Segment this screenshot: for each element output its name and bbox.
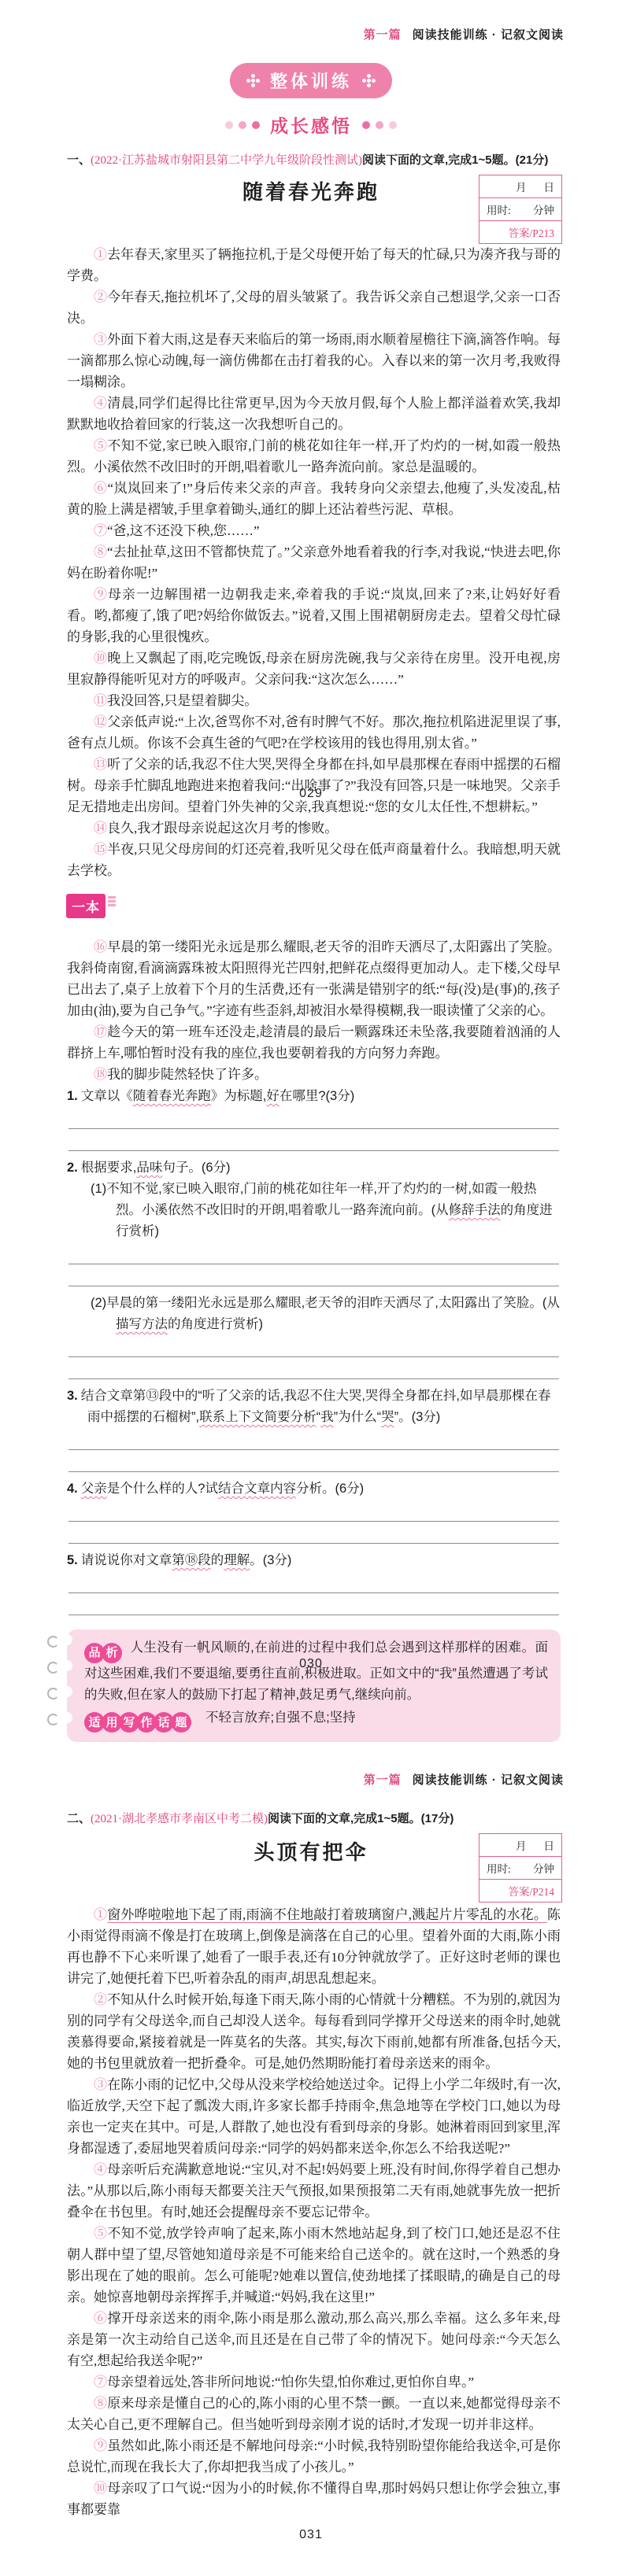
question-text-emphasis: 随着春光奔跑 [133,1089,211,1103]
answer-line [68,1450,559,1472]
paragraph-text: 父亲低声说:“上次,爸骂你不对,爸有时脾气不好。那次,拖拉机陷进泥里误了事,爸有… [67,714,561,751]
answer-line [68,1264,559,1286]
question-text: 文章以《 [81,1089,133,1103]
question-text-emphasis: 品味 [136,1161,162,1175]
question-text: 》为标题, [211,1089,267,1103]
brand-logo-text: 一本 [66,894,106,918]
paragraph-text: 半夜,只见父母房间的灯还亮着,我听见父母在低声商量着什么。我暗想,明天就去学校。 [67,842,561,878]
question-2-sub-2: (2)早晨的第一缕阳光永远是那么耀眼,老天爷的泪昨天洒尽了,太阳露出了笑脸。(从… [67,1293,561,1335]
paragraph-number: ⑧ [94,544,107,559]
question-text-emphasis: 描写方法 [116,1317,168,1331]
paragraph-number: ⑱ [94,1067,107,1082]
paragraph: ⑭良久,我才跟母亲说起这次月考的惨败。 [67,817,561,839]
binder-ring-icon [47,1714,59,1725]
paragraph: ②今年春天,拖拉机坏了,父母的眉头皱紧了。我告诉父亲自己想退学,父亲一口否决。 [67,286,561,329]
underlined-sentence: 窗外哗啦啦地下起了雨,雨滴不住地敲打着玻璃窗户,溅起片片零乱的水花。 [107,1907,547,1922]
paragraph-number: ⑩ [94,2481,107,2496]
paragraph-number: ⑤ [94,2226,107,2241]
paragraph: ⑩母亲叹了口气说:“因为小的时候,你不懂得自卑,那时妈妈只想让你学会独立,事事都… [67,2478,561,2520]
paragraph-number: ② [94,290,107,304]
paragraph-number: ⑧ [94,2396,107,2411]
exercise1-intro: 一、(2022·江苏盐城市射阳县第二中学九年级阶段性测试)阅读下面的文章,完成1… [67,151,563,168]
article1-body: ①去年春天,家里买了辆拖拉机,于是父母便开始了每天的忙碌,只为凑齐我与哥的学费。… [67,244,561,881]
time-row: 用时: 分钟 [479,197,561,220]
paragraph-text: 母亲叹了口气说:“因为小的时候,你不懂得自卑,那时妈妈只想让你学会独立,事事都要… [67,2481,561,2517]
paragraph-number: ⑭ [94,821,107,836]
paragraph: ⑥“岚岚回来了!”身后传来父亲的声音。我转身向父亲望去,他瘦了,头发凌乱,枯黄的… [67,478,561,520]
running-head-part: 第一篇 [364,1773,402,1787]
workbook-page: 第一篇阅读技能训练 · 记叙文阅读 整体训练 成长感悟 一、(2022·江苏盐城… [0,0,622,2576]
paragraph: ⑪我没回答,只是望着脚尖。 [67,690,561,711]
question-3: 3.结合文章第⑬段中的“听了父亲的话,我忍不住大哭,哭得全身都在抖,如早晨那棵在… [67,1386,561,1428]
paragraph-number: ⑦ [94,523,107,538]
paragraph: ①窗外哗啦啦地下起了雨,雨滴不住地敲打着玻璃窗户,溅起片片零乱的水花。陈小雨觉得… [67,1904,561,1989]
question-2-sub-1: (1)不知不觉,家已映入眼帘,门前的桃花如往年一样,开了灼灼的一树,如霞一般热烈… [67,1179,561,1242]
binder-ring-icon [47,1688,59,1699]
question-text-emphasis: 结合文章内容 [218,1482,296,1496]
day-label: 日 [544,1837,555,1853]
question-5: 5.请说说你对文章第⑱段的理解。(3分) [67,1550,561,1571]
question-text: 的 [211,1553,224,1567]
clover-icon [247,75,259,87]
paragraph-number: ⑯ [94,939,107,954]
paragraph: ⑤不知不觉,放学铃声响了起来,陈小雨木然地站起身,到了校门口,她还是忍不住朝人群… [67,2223,561,2308]
paragraph-text: 虽然如此,陈小雨还是不解地问母亲:“小时候,我特别盼望你能给我送伞,可是你总说忙… [67,2438,561,2475]
exercise-number: 一、 [67,153,91,167]
answer-ref: 答案/P214 [508,1883,554,1899]
paragraph-number: ② [94,1992,107,2007]
month-label: 月 [516,1837,527,1853]
day-label: 日 [544,179,555,194]
paragraph-text: 清晨,同学们起得比往常更早,因为今天放月假,每个人脸上都洋溢着欢笑,我却默默地收… [67,396,561,432]
minutes-label: 分钟 [533,1860,554,1876]
paragraph-number: ① [94,1907,107,1922]
question-text-emphasis: 我 [320,1410,334,1424]
paragraph-text: 晚上又飘起了雨,吃完晚饭,母亲在厨房洗碗,我与父亲待在房里。没开电视,房里寂静得… [67,651,561,687]
paragraph-text: 去年春天,家里买了辆拖拉机,于是父母便开始了每天的忙碌,只为凑齐我与哥的学费。 [67,247,561,283]
paragraph: ⑦母亲望着远处,答非所问地说:“怕你失望,怕你难过,更怕你自卑。” [67,2371,561,2393]
question-area: 1.文章以《随着春光奔跑》为标题,好在哪里?(3分) 2.根据要求,品味句子。(… [67,1086,561,1742]
paragraph-number: ⑰ [94,1024,107,1039]
writing-topics-row: 适 用 写 作 话 题 不轻言放弃;自强不息;坚持 [84,1707,548,1733]
answer-line [68,1571,559,1593]
writing-topics-text: 不轻言放弃;自强不息;坚持 [205,1711,356,1725]
paragraph: ⑨虽然如此,陈小雨还是不解地问母亲:“小时候,我特别盼望你能给我送伞,可是你总说… [67,2435,561,2478]
answer-line [68,1428,559,1450]
time-label: 用时: [487,201,511,217]
question-text: 请说说你对文章 [81,1553,172,1567]
paragraph: ④母亲听后充满歉意地说:“宝贝,对不起!妈妈要上班,没有时间,你得学着自己想办法… [67,2159,561,2223]
paragraph: ⑥撑开母亲送来的雨伞,陈小雨是那么激动,那么高兴,那么幸福。这么多年来,母亲是第… [67,2308,561,2371]
dot-icon [239,121,246,129]
running-head-title: 阅读技能训练 · 记叙文阅读 [413,28,564,42]
binder-hole [61,1712,72,1723]
sub-question-number: (2) [91,1296,106,1310]
paragraph-text: “去扯扯草,这田不管都快荒了。”父亲意外地看着我的行李,对我说,“快进去吧,你妈… [67,544,561,581]
paragraph: ⑧原来母亲是懂自己的心的,陈小雨的心里不禁一颤。一直以来,她都觉得母亲不太关心自… [67,2393,561,2435]
exercise-number: 二、 [67,1812,91,1825]
time-row: 用时: 分钟 [479,1856,561,1879]
time-record-box: 月 日 用时: 分钟 答案/P214 [479,1833,562,1902]
writing-topics-badge: 适 用 写 作 话 题 [84,1712,191,1733]
brand-logo-decoration [108,894,116,906]
paragraph: ⑩晚上又飘起了雨,吃完晚饭,母亲在厨房洗碗,我与父亲待在房里。没开电视,房里寂静… [67,648,561,690]
paragraph-number: ⑬ [94,757,107,772]
binder-ring-icon [47,1636,59,1648]
paragraph-text: 撑开母亲送来的雨伞,陈小雨是那么激动,那么高兴,那么幸福。这么多年来,母亲是第一… [67,2311,561,2368]
paragraph-text: 外面下着大雨,这是春天来临后的第一场雨,雨水顺着屋檐往下滴,滴答作响。每一滴都那… [67,332,561,389]
date-row: 月 日 [479,1834,561,1856]
question-text-emphasis: 父亲 [81,1482,107,1496]
answer-line [68,1500,559,1522]
paragraph-text: 不知不觉,家已映入眼帘,门前的桃花如往年一样,开了灼灼的一树,如霞一般热烈。小溪… [67,438,561,474]
paragraph: ②不知从什么时候开始,每逢下雨天,陈小雨的心情就十分糟糕。不为别的,就因为别的同… [67,1989,561,2074]
paragraph: ⑰趁今天的第一班车还没走,趁清晨的最后一颗露珠还未坠落,我要随着汹涌的人群挤上车… [67,1021,561,1064]
running-head: 第一篇阅读技能训练 · 记叙文阅读 [364,26,564,42]
paragraph-text: “爸,这不还没下秧,您……” [107,523,260,538]
question-text-emphasis: 联系上下文简要分析 [199,1410,317,1424]
sub-question-number: (1) [91,1182,106,1196]
question-text: ”为什么“ [334,1410,382,1424]
question-text: 分析。(6分) [296,1482,364,1496]
answer-line [68,1357,559,1379]
paragraph-number: ⑩ [94,651,107,666]
question-text-emphasis: 哭 [381,1410,394,1424]
exercise-score: (17分) [421,1812,454,1825]
question-number: 1. [67,1089,78,1103]
answer-line [68,1522,559,1544]
question-text-emphasis: 第⑱段 [172,1553,211,1567]
answer-line [68,1129,559,1151]
paragraph-number: ⑨ [94,587,108,602]
paragraph-number: ⑥ [94,481,107,496]
paragraph: ⑤不知不觉,家已映入眼帘,门前的桃花如往年一样,开了灼灼的一树,如霞一般热烈。小… [67,435,561,478]
exercise2-intro: 二、(2021·湖北孝感市孝南区中考二模)阅读下面的文章,完成1~5题。(17分… [67,1810,563,1826]
paragraph: ③在陈小雨的记忆中,父母从没来学校给她送过伞。记得上小学二年级时,有一次,临近放… [67,2074,561,2159]
paragraph: ⑮半夜,只见父母房间的灯还亮着,我听见父母在低声商量着什么。我暗想,明天就去学校… [67,839,561,881]
month-label: 月 [516,179,527,194]
paragraph: ④清晨,同学们起得比往常更早,因为今天放月假,每个人脸上都洋溢着欢笑,我却默默地… [67,393,561,435]
paragraph-text: 不知不觉,放学铃声响了起来,陈小雨木然地站起身,到了校门口,她还是忍不住朝人群中… [67,2226,561,2305]
paragraph-text: 今年春天,拖拉机坏了,父母的眉头皱紧了。我告诉父亲自己想退学,父亲一口否决。 [67,290,561,326]
section-heading: 成长感悟 [0,112,622,138]
paragraph-text: 原来母亲是懂自己的心的,陈小雨的心里不禁一颤。一直以来,她都觉得母亲不太关心自己… [67,2396,561,2432]
paragraph-number: ⑫ [94,714,107,729]
minutes-label: 分钟 [533,201,554,217]
running-head: 第一篇阅读技能训练 · 记叙文阅读 [364,1771,564,1788]
training-badge: 整体训练 [230,63,392,98]
paragraph-number: ③ [94,2077,107,2092]
paragraph: ⑫父亲低声说:“上次,爸骂你不对,爸有时脾气不好。那次,拖拉机陷进泥里误了事,爸… [67,711,561,754]
brand-logo: 一本 [66,894,116,918]
paragraph-number: ① [94,247,107,262]
question-text-emphasis: 理解 [224,1553,250,1567]
question-number: 3. [67,1389,78,1403]
question-4: 4.父亲是个什么样的人?试结合文章内容分析。(6分) [67,1478,561,1500]
paragraph-text: 母亲一边解围裙一边朝我走来,牵着我的手说:“岚岚,回来了?来,让妈好好看看。哟,… [67,587,561,644]
question-text: 在哪里?(3分) [280,1089,354,1103]
exercise-score: (21分) [516,153,549,167]
question-text: 根据要求, [81,1161,137,1175]
dot-icon [225,121,233,129]
paragraph-number: ⑤ [94,438,107,453]
paragraph: ⑦“爸,这不还没下秧,您……” [67,520,561,541]
paragraph: ③外面下着大雨,这是春天来临后的第一场雨,雨水顺着屋檐往下滴,滴答作响。每一滴都… [67,329,561,393]
dot-icon [252,121,260,129]
question-text: ”。(3分) [394,1410,441,1424]
paragraph: ①去年春天,家里买了辆拖拉机,于是父母便开始了每天的忙碌,只为凑齐我与哥的学费。 [67,244,561,286]
paragraph-text: 在陈小雨的记忆中,父母从没来学校给她送过伞。记得上小学二年级时,有一次,临近放学… [67,2077,561,2156]
question-text: 是个什么样的人?试 [107,1482,218,1496]
paragraph-text: 我的脚步陡然轻快了许多。 [107,1067,268,1082]
paragraph-text: 母亲听后充满歉意地说:“宝贝,对不起!妈妈要上班,没有时间,你得学着自己想办法。… [67,2162,561,2220]
paragraph: ⑱我的脚步陡然轻快了许多。 [67,1064,561,1085]
paragraph-number: ⑮ [94,842,107,857]
answer-ref-row: 答案/P213 [479,220,561,243]
question-number: 5. [67,1553,78,1567]
answer-line [68,1335,559,1357]
paragraph-number: ⑨ [94,2438,107,2453]
binder-hole [61,1634,72,1645]
article2-body: ①窗外哗啦啦地下起了雨,雨滴不住地敲打着玻璃窗户,溅起片片零乱的水花。陈小雨觉得… [67,1904,561,2520]
question-text: 句子。(6分) [162,1161,230,1175]
question-1: 1.文章以《随着春光奔跑》为标题,好在哪里?(3分) [67,1086,561,1107]
question-text-emphasis: 修辞手法 [449,1203,501,1217]
paragraph-number: ④ [94,2162,107,2177]
question-text-emphasis: 好 [266,1089,280,1103]
page-number: 031 [0,2528,622,2542]
exercise-task: 阅读下面的文章,完成1~5题。 [268,1812,421,1825]
paragraph-number: ⑥ [94,2311,107,2326]
paragraph: ⑨母亲一边解围裙一边朝我走来,牵着我的手说:“岚岚,回来了?来,让妈好好看看。哟… [67,584,561,648]
paragraph-text: 早晨的第一缕阳光永远是那么耀眼,老天爷的泪昨天洒尽了,太阳露出了笑脸。我斜倚南窗… [67,939,561,1018]
paragraph-text: 母亲望着远处,答非所问地说:“怕你失望,怕你难过,更怕你自卑。” [107,2375,474,2390]
answer-ref: 答案/P213 [508,224,554,240]
section-title: 成长感悟 [270,112,352,138]
paragraph: ⑧“去扯扯草,这田不管都快荒了。”父亲意外地看着我的行李,对我说,“快进去吧,你… [67,541,561,584]
question-2: 2.根据要求,品味句子。(6分) [67,1157,561,1179]
exercise-task: 阅读下面的文章,完成1~5题。 [362,153,516,167]
question-text: 的角度进行赏析) [168,1317,263,1331]
time-record-box: 月 日 用时: 分钟 答案/P213 [479,175,562,244]
paragraph-text: 不知从什么时候开始,每逢下雨天,陈小雨的心情就十分糟糕。不为别的,就因为别的同学… [67,1992,561,2071]
paragraph: ⑯早晨的第一缕阳光永远是那么耀眼,老天爷的泪昨天洒尽了,太阳露出了笑脸。我斜倚南… [67,936,561,1021]
paragraph-text: 趁今天的第一班车还没走,趁清晨的最后一颗露珠还未坠落,我要随着汹涌的人群挤上车,… [67,1024,561,1061]
paragraph-text: 听了父亲的话,我忍不住大哭,哭得全身都在抖,如早晨那棵在春雨中摇摆的石榴树。母亲… [67,757,561,814]
question-number: 2. [67,1161,78,1175]
binder-hole [61,1686,72,1697]
analysis-box: 品 析 人生没有一帆风顺的,在前进的过程中我们总会遇到这样那样的困难。面对这些困… [67,1629,561,1742]
running-head-title: 阅读技能训练 · 记叙文阅读 [413,1773,564,1787]
running-head-part: 第一篇 [364,28,402,42]
paragraph-text: 我没回答,只是望着脚尖。 [107,693,257,708]
time-label: 用时: [487,1860,511,1876]
date-row: 月 日 [479,175,561,197]
question-number: 4. [67,1482,78,1496]
dot-icon [376,121,383,129]
answer-ref-row: 答案/P214 [479,1879,561,1902]
paragraph-number: ③ [94,332,107,347]
paragraph-number: ⑪ [94,693,107,708]
answer-line [68,1593,559,1615]
paragraph: ⑬听了父亲的话,我忍不住大哭,哭得全身都在抖,如早晨那棵在春雨中摇摆的石榴树。母… [67,754,561,817]
paragraph-text: 良久,我才跟母亲说起这次月考的惨败。 [107,821,338,836]
topic-badge-char: 题 [171,1712,191,1733]
question-text: 。(3分) [250,1553,291,1567]
dot-icon [362,121,370,129]
exercise-source: (2021·湖北孝感市孝南区中考二模) [91,1813,268,1825]
dot-icon [389,121,397,129]
article1-body-continued: ⑯早晨的第一缕阳光永远是那么耀眼,老天爷的泪昨天洒尽了,太阳露出了笑脸。我斜倚南… [67,936,561,1085]
paragraph-number: ⑦ [94,2375,107,2390]
page-number: 029 [0,787,622,801]
answer-line [68,1107,559,1129]
clover-icon [363,75,375,87]
page-number: 030 [0,1657,622,1671]
exercise-source: (2022·江苏盐城市射阳县第二中学九年级阶段性测试) [91,154,362,167]
paragraph-number: ④ [94,396,107,411]
paragraph-text: “岚岚回来了!”身后传来父亲的声音。我转身向父亲望去,他瘦了,头发凌乱,枯黄的脸… [67,481,561,517]
question-text: 早晨的第一缕阳光永远是那么耀眼,老天爷的泪昨天洒尽了,太阳露出了笑脸。(从 [106,1296,560,1310]
training-badge-label: 整体训练 [270,68,352,93]
answer-line [68,1242,559,1264]
